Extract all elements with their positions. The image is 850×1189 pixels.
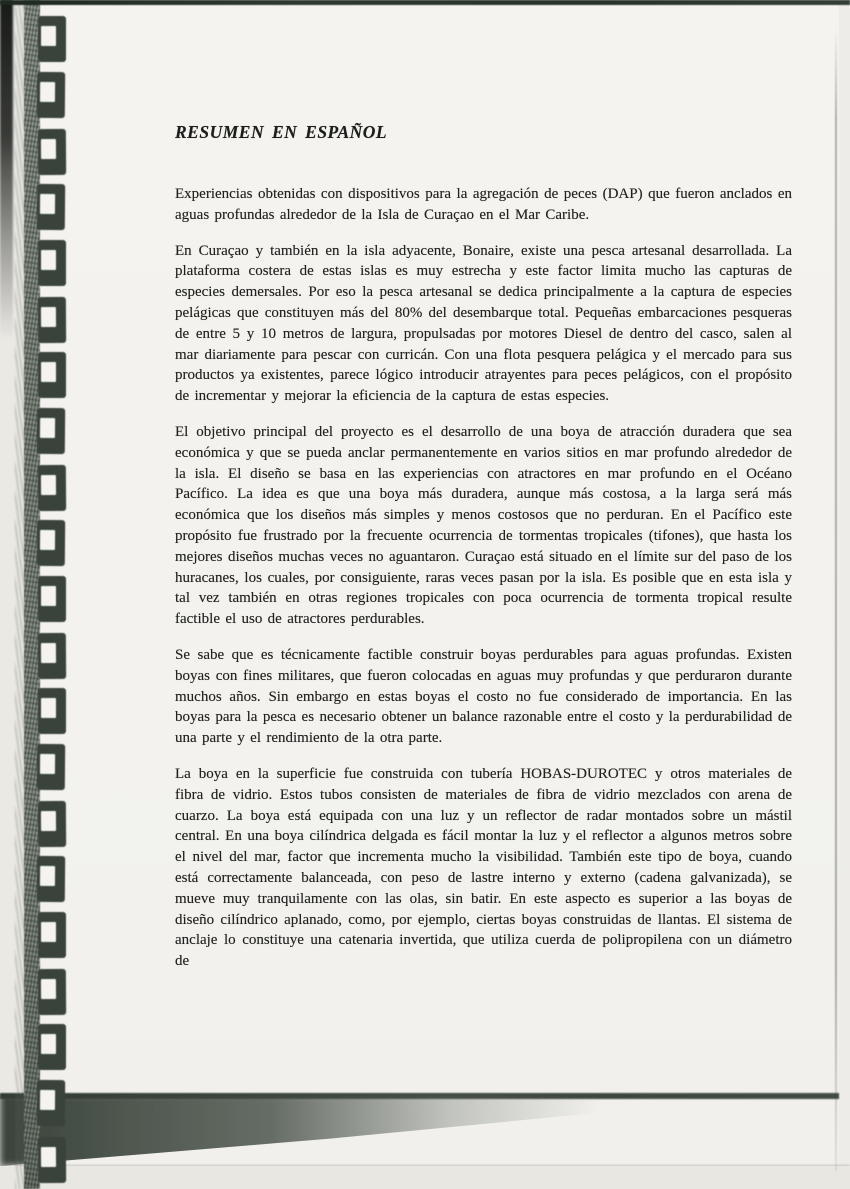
paragraph-fishery-context: En Curaçao y también en la isla adyacent… (175, 241, 792, 407)
document-title: RESUMEN EN ESPAÑOL (175, 122, 792, 143)
binding-tooth (38, 969, 66, 1015)
paragraph-abstract: Experiencias obtenidas con dispositivos … (175, 184, 792, 226)
binding-tooth (38, 16, 66, 62)
binding-tooth (37, 1080, 65, 1126)
scan-left-corner-shadow (0, 0, 13, 340)
scan-bottom-shadow-wedge (0, 1094, 600, 1166)
binding-tooth (37, 72, 65, 118)
paragraph-buoy-construction: La boya en la superficie fue construida … (175, 764, 792, 972)
binding-tooth (38, 801, 66, 847)
binding-tooth (37, 744, 65, 790)
paragraph-project-objective: El objetivo principal del proyecto es el… (175, 422, 792, 630)
binding-tooth (38, 465, 66, 511)
binding-tooth (38, 352, 66, 398)
scanner-right-margin (839, 0, 850, 1189)
binding-tooth (38, 912, 66, 958)
binding-tooth (38, 1137, 66, 1183)
binding-tooth (38, 688, 66, 734)
paragraph-durable-buoys: Se sabe que es técnicamente factible con… (175, 645, 792, 749)
binding-tooth (38, 129, 66, 175)
document-body: RESUMEN EN ESPAÑOL Experiencias obtenida… (175, 122, 792, 987)
binding-tooth (37, 520, 65, 566)
binding-tooth (38, 633, 66, 679)
binding-tooth (37, 408, 65, 454)
scanned-document-page: RESUMEN EN ESPAÑOL Experiencias obtenida… (0, 0, 850, 1189)
binding-tooth (38, 1024, 66, 1070)
binding-tooth (37, 856, 65, 902)
page-right-edge (835, 28, 837, 1171)
binding-tooth (38, 576, 66, 622)
binding-tooth (37, 184, 65, 230)
scan-top-edge (0, 0, 850, 5)
binding-tooth (38, 240, 66, 286)
binding-tooth (38, 297, 66, 343)
page-bottom-edge (0, 1166, 850, 1189)
